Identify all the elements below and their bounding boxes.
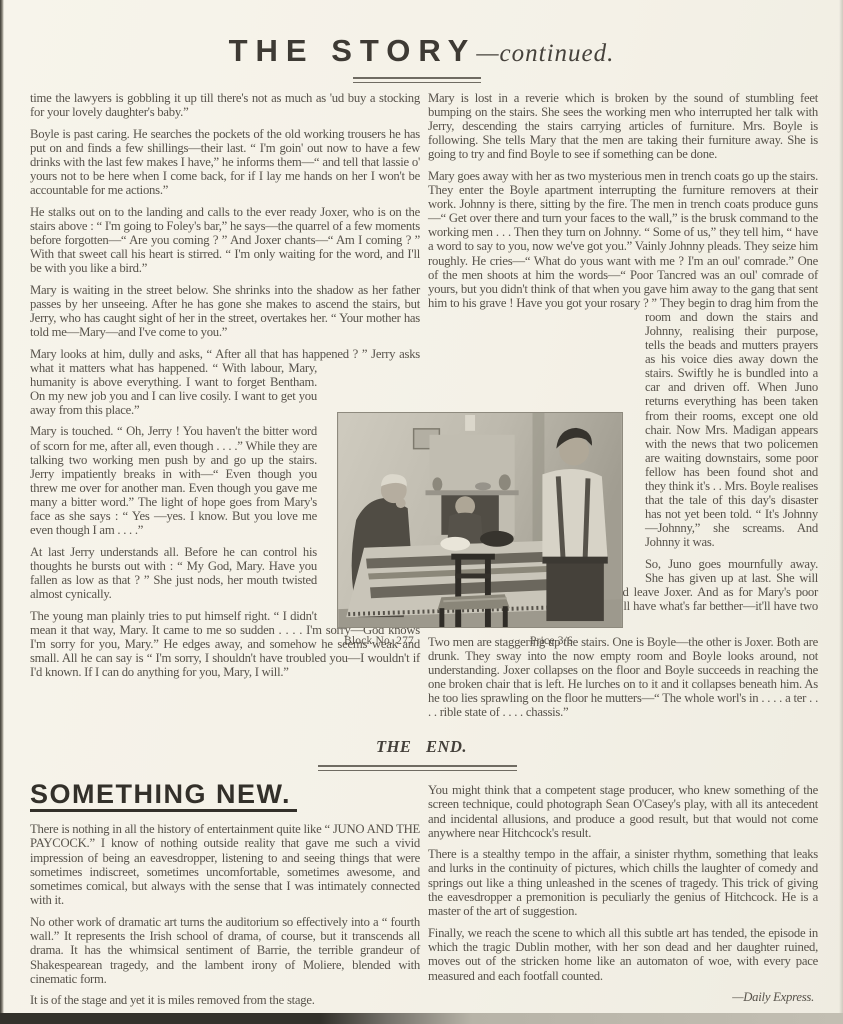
something-new-left-column: SOMETHING NEW. There is nothing in all t… [30, 783, 420, 1015]
story-paragraph: Boyle is past caring. He searches the po… [30, 127, 420, 197]
story-paragraph: He stalks out on to the landing and call… [30, 205, 420, 275]
magazine-page: THE STORY—continued. time the lawyers is… [0, 0, 843, 1024]
page-header: THE STORY—continued. [0, 33, 843, 69]
review-paragraph: Finally, we reach the scene to which all… [428, 926, 818, 983]
review-attribution: —Daily Express. [428, 990, 818, 1004]
story-paragraph: time the lawyers is gobbling it up till … [30, 91, 420, 119]
page-bottom-edge-shadow [0, 1013, 843, 1024]
page-title: THE STORY [229, 33, 477, 68]
something-new-right-column: You might think that a competent stage p… [428, 783, 818, 1015]
review-paragraph: There is nothing in all the history of e… [30, 822, 420, 908]
page-right-edge-shadow [839, 0, 843, 1024]
film-still-photo [337, 412, 623, 628]
something-new-heading: SOMETHING NEW. [30, 783, 297, 812]
story-paragraph: Mary is waiting in the street below. She… [30, 283, 420, 339]
the-end-label: THE END. [0, 737, 843, 757]
film-still-image [338, 413, 622, 627]
review-paragraph: It is of the stage and yet it is miles r… [30, 993, 420, 1007]
photo-caption-block-number: Block No. 277. [344, 635, 417, 647]
story-paragraph: Mary is lost in a reverie which is broke… [428, 91, 818, 161]
title-divider-rule [353, 77, 481, 83]
film-still-block: Block No. 277. Price 3/6 [337, 412, 623, 647]
review-paragraph: You might think that a competent stage p… [428, 783, 818, 840]
story-text-segment: Mary goes away with her as two mysteriou… [428, 169, 818, 310]
review-paragraph: There is a stealthy tempo in the affair,… [428, 847, 818, 918]
story-paragraph: Two men are staggering up the stairs. On… [428, 635, 818, 720]
story-paragraph: Mary looks at him, dully and asks, “ Aft… [30, 347, 420, 417]
photo-caption-price: Price 3/6 [530, 635, 573, 647]
photo-caption-row: Block No. 277. Price 3/6 [337, 628, 623, 647]
section-divider-rule [318, 765, 517, 771]
page-title-suffix: —continued. [476, 40, 614, 67]
something-new-section: SOMETHING NEW. There is nothing in all t… [30, 783, 818, 1015]
review-paragraph: No other work of dramatic art turns the … [30, 915, 420, 986]
page-left-edge-shadow [0, 0, 4, 1024]
story-text-segment: They begin to drag him from the room and… [645, 296, 818, 550]
